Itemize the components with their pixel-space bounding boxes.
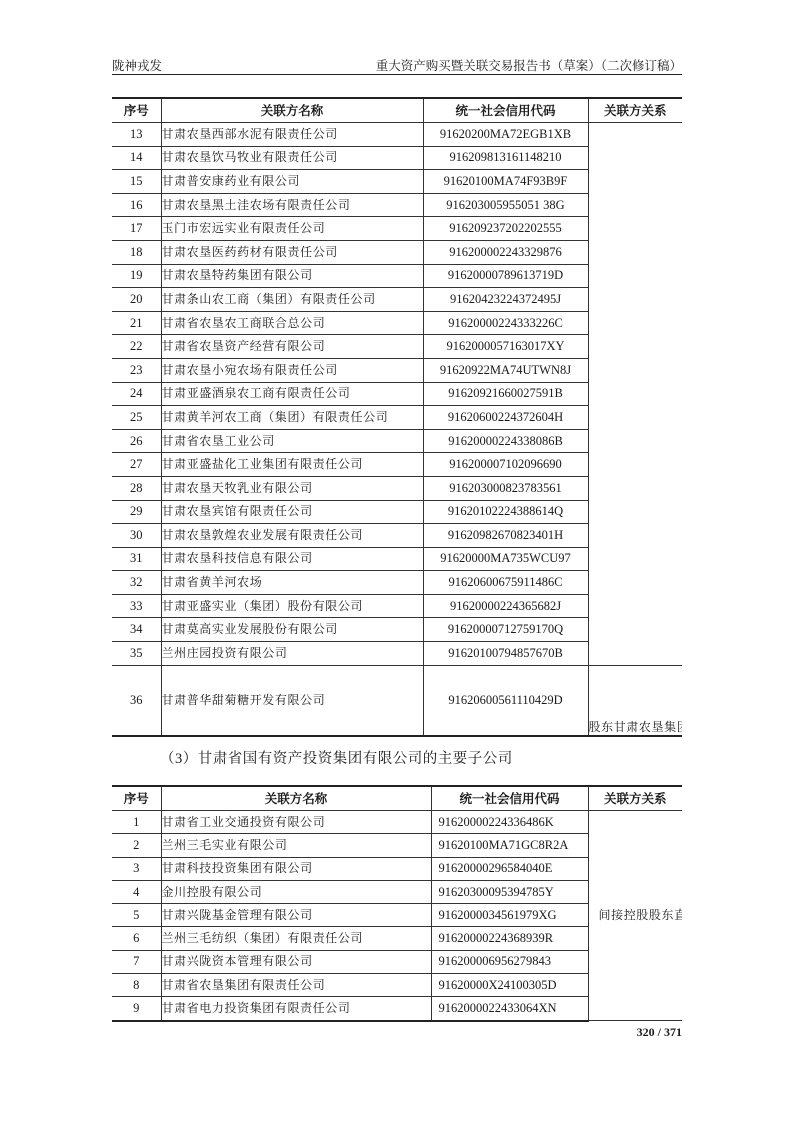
page-number: 320 / 371 — [637, 1025, 682, 1040]
row-number: 4 — [112, 880, 161, 903]
relation-cell: 股东甘肃农垦集团间接控制的子公司 — [588, 665, 682, 736]
credit-code: 916200002243329876 — [423, 240, 588, 264]
row-number: 34 — [112, 618, 161, 642]
row-number: 19 — [112, 264, 161, 288]
related-party-name: 甘肃普华甜菊糖开发有限公司 — [161, 665, 423, 736]
related-party-name: 甘肃农垦天牧乳业有限公司 — [161, 476, 423, 500]
row-number: 13 — [112, 123, 161, 147]
related-party-name: 甘肃省农垦农工商联合总公司 — [161, 311, 423, 335]
related-party-name: 玉门市宏远实业有限责任公司 — [161, 217, 423, 241]
credit-code: 91620600224372604H — [423, 406, 588, 430]
related-party-name: 甘肃农垦黑土洼农场有限责任公司 — [161, 193, 423, 217]
row-number: 8 — [112, 974, 161, 997]
row-number: 2 — [112, 834, 161, 857]
row-number: 6 — [112, 927, 161, 950]
row-number: 16 — [112, 193, 161, 217]
row-number: 23 — [112, 358, 161, 382]
credit-code: 916209813161148210 — [423, 146, 588, 170]
column-header-no: 序号 — [112, 786, 161, 811]
row-number: 1 — [112, 811, 161, 834]
column-header-relation: 关联方关系 — [588, 98, 682, 123]
credit-code: 91620200MA72EGB1XB — [423, 123, 588, 147]
relation-cell-empty — [588, 123, 682, 666]
table-row: 13甘肃农垦西部水泥有限责任公司91620200MA72EGB1XB — [112, 123, 682, 147]
related-party-name: 甘肃省黄羊河农场 — [161, 571, 423, 595]
related-party-table-2: 序号 关联方名称 统一社会信用代码 关联方关系 1甘肃省工业交通投资有限公司91… — [112, 785, 682, 1022]
row-number: 7 — [112, 950, 161, 973]
credit-code: 91620000224333226C — [423, 311, 588, 335]
credit-code: 91620000MA735WCU97 — [423, 547, 588, 571]
credit-code: 91620921660027591B — [423, 382, 588, 406]
credit-code: 91620000224336486K — [431, 811, 588, 834]
credit-code: 916203005955051 38G — [423, 193, 588, 217]
related-party-name: 甘肃普安康药业有限公司 — [161, 170, 423, 194]
related-party-name: 甘肃省工业交通投资有限公司 — [161, 811, 431, 834]
credit-code: 91620000789613719D — [423, 264, 588, 288]
credit-code: 91620000224365682J — [423, 594, 588, 618]
related-party-name: 兰州庄园投资有限公司 — [161, 642, 423, 666]
related-party-name: 甘肃亚盛实业（集团）股份有限公司 — [161, 594, 423, 618]
credit-code: 91620100MA71GC8R2A — [431, 834, 588, 857]
related-party-name: 甘肃农垦特药集团有限公司 — [161, 264, 423, 288]
credit-code: 9162000034561979XG — [431, 904, 588, 927]
section-heading: （3）甘肃省国有资产投资集团有限公司的主要子公司 — [160, 747, 513, 768]
related-party-name: 甘肃农垦医药药材有限责任公司 — [161, 240, 423, 264]
related-party-name: 甘肃亚盛盐化工业集团有限责任公司 — [161, 453, 423, 477]
row-number: 24 — [112, 382, 161, 406]
page-header: 陇神戎发 重大资产购买暨关联交易报告书（草案）（二次修订稿） — [112, 54, 682, 75]
credit-code: 91620100MA74F93B9F — [423, 170, 588, 194]
related-party-name: 金川控股有限公司 — [161, 880, 431, 903]
row-number: 33 — [112, 594, 161, 618]
row-number: 29 — [112, 500, 161, 524]
credit-code: 91620600561110429D — [423, 665, 588, 736]
credit-code: 916203000823783561 — [423, 476, 588, 500]
column-header-code: 统一社会信用代码 — [423, 98, 588, 123]
credit-code: 91620100794857670B — [423, 642, 588, 666]
related-party-name: 甘肃农垦敦煌农业发展有限责任公司 — [161, 524, 423, 548]
row-number: 5 — [112, 904, 161, 927]
related-party-name: 甘肃省农垦集团有限责任公司 — [161, 974, 431, 997]
related-party-name: 甘肃省农垦资产经营有限公司 — [161, 335, 423, 359]
table-header-row: 序号 关联方名称 统一社会信用代码 关联方关系 — [112, 98, 682, 123]
relation-cell: 间接控股股东直接控制的子公司 — [588, 811, 682, 1021]
related-party-name: 甘肃农垦科技信息有限公司 — [161, 547, 423, 571]
related-party-name: 甘肃农垦宾馆有限责任公司 — [161, 500, 423, 524]
row-number: 36 — [112, 665, 161, 736]
credit-code: 9162000057163017XY — [423, 335, 588, 359]
table-row: 1甘肃省工业交通投资有限公司91620000224336486K间接控股股东直接… — [112, 811, 682, 834]
credit-code: 91620922MA74UTWN8J — [423, 358, 588, 382]
related-party-name: 甘肃省农垦工业公司 — [161, 429, 423, 453]
related-party-table-1: 序号 关联方名称 统一社会信用代码 关联方关系 13甘肃农垦西部水泥有限责任公司… — [112, 97, 682, 737]
row-number: 17 — [112, 217, 161, 241]
related-party-name: 甘肃农垦西部水泥有限责任公司 — [161, 123, 423, 147]
related-party-name: 甘肃条山农工商（集团）有限责任公司 — [161, 288, 423, 312]
row-number: 14 — [112, 146, 161, 170]
credit-code: 91620300095394785Y — [431, 880, 588, 903]
column-header-name: 关联方名称 — [161, 98, 423, 123]
credit-code: 91620982670823401H — [423, 524, 588, 548]
table-header-row: 序号 关联方名称 统一社会信用代码 关联方关系 — [112, 786, 682, 811]
company-name: 陇神戎发 — [112, 56, 162, 74]
row-number: 18 — [112, 240, 161, 264]
row-number: 20 — [112, 288, 161, 312]
related-party-name: 甘肃兴陇基金管理有限公司 — [161, 904, 431, 927]
credit-code: 916200007102096690 — [423, 453, 588, 477]
credit-code: 91620102224388614Q — [423, 500, 588, 524]
column-header-name: 关联方名称 — [161, 786, 431, 811]
related-party-name: 甘肃黄羊河农工商（集团）有限责任公司 — [161, 406, 423, 430]
row-number: 31 — [112, 547, 161, 571]
table-row: 36甘肃普华甜菊糖开发有限公司91620600561110429D股东甘肃农垦集… — [112, 665, 682, 736]
row-number: 28 — [112, 476, 161, 500]
row-number: 32 — [112, 571, 161, 595]
row-number: 3 — [112, 857, 161, 880]
related-party-name: 甘肃农垦饮马牧业有限责任公司 — [161, 146, 423, 170]
related-party-name: 甘肃科技投资集团有限公司 — [161, 857, 431, 880]
related-party-name: 甘肃亚盛酒泉农工商有限责任公司 — [161, 382, 423, 406]
row-number: 22 — [112, 335, 161, 359]
related-party-name: 甘肃农垦小宛农场有限责任公司 — [161, 358, 423, 382]
row-number: 27 — [112, 453, 161, 477]
row-number: 15 — [112, 170, 161, 194]
related-party-name: 兰州三毛实业有限公司 — [161, 834, 431, 857]
column-header-relation: 关联方关系 — [588, 786, 682, 811]
row-number: 9 — [112, 997, 161, 1021]
credit-code: 91620000224338086B — [423, 429, 588, 453]
row-number: 35 — [112, 642, 161, 666]
credit-code: 916200006956279843 — [431, 950, 588, 973]
related-party-name: 甘肃莫高实业发展股份有限公司 — [161, 618, 423, 642]
credit-code: 91620000224368939R — [431, 927, 588, 950]
row-number: 30 — [112, 524, 161, 548]
credit-code: 91620000712759170Q — [423, 618, 588, 642]
row-number: 25 — [112, 406, 161, 430]
column-header-code: 统一社会信用代码 — [431, 786, 588, 811]
credit-code: 91620423224372495J — [423, 288, 588, 312]
credit-code: 91620000296584040E — [431, 857, 588, 880]
related-party-name: 甘肃省电力投资集团有限责任公司 — [161, 997, 431, 1021]
credit-code: 91620000X24100305D — [431, 974, 588, 997]
column-header-no: 序号 — [112, 98, 161, 123]
row-number: 26 — [112, 429, 161, 453]
credit-code: 916209237202202555 — [423, 217, 588, 241]
related-party-name: 兰州三毛纺织（集团）有限责任公司 — [161, 927, 431, 950]
credit-code: 9162000022433064XN — [431, 997, 588, 1021]
credit-code: 91620600675911486C — [423, 571, 588, 595]
document-title: 重大资产购买暨关联交易报告书（草案）（二次修订稿） — [376, 56, 682, 74]
row-number: 21 — [112, 311, 161, 335]
related-party-name: 甘肃兴陇资本管理有限公司 — [161, 950, 431, 973]
